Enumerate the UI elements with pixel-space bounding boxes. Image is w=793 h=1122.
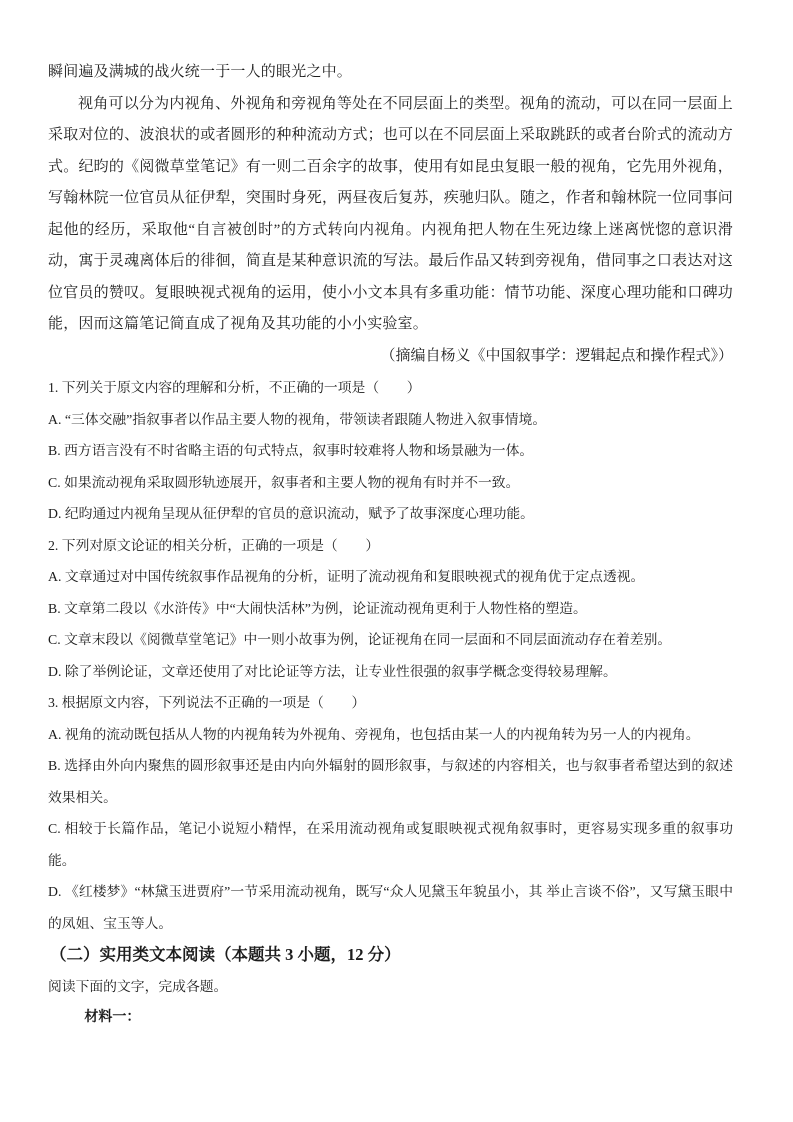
question-2: 2. 下列对原文论证的相关分析，正确的一项是（ ） A. 文章通过对中国传统叙事…: [48, 530, 733, 688]
question-2-option-c: C. 文章末段以《阅微草堂笔记》中一则小故事为例，论证视角在同一层面和不同层面流…: [48, 624, 733, 656]
passage-fragment-line: 瞬间遍及满城的战火统一于一人的眼光之中。: [48, 57, 733, 89]
question-3-option-b: B. 选择由外向内聚焦的圆形叙事还是由内向外辐射的圆形叙事，与叙述的内容相关，也…: [48, 750, 733, 813]
question-3: 3. 根据原文内容，下列说法不正确的一项是（ ） A. 视角的流动既包括从人物的…: [48, 687, 733, 939]
question-3-option-d: D. 《红楼梦》“林黛玉进贾府”一节采用流动视角，既写“众人见黛玉年貌虽小，其 …: [48, 876, 733, 939]
section-heading-practical-text-reading: （二）实用类文本阅读（本题共 3 小题，12 分）: [48, 939, 733, 971]
question-3-option-c: C. 相较于长篇作品，笔记小说短小精悍，在采用流动视角或复眼映视式视角叙事时，更…: [48, 813, 733, 876]
question-3-stem: 3. 根据原文内容，下列说法不正确的一项是（ ）: [48, 687, 733, 719]
exam-document-page: 瞬间遍及满城的战火统一于一人的眼光之中。 视角可以分为内视角、外视角和旁视角等处…: [0, 0, 793, 1122]
question-1-option-d: D. 纪昀通过内视角呈现从征伊犁的官员的意识流动，赋予了故事深度心理功能。: [48, 498, 733, 530]
question-3-option-a: A. 视角的流动既包括从人物的内视角转为外视角、旁视角，也包括由某一人的内视角转…: [48, 719, 733, 751]
material-one-label: 材料一：: [48, 1002, 733, 1034]
question-2-stem: 2. 下列对原文论证的相关分析，正确的一项是（ ）: [48, 530, 733, 562]
question-1: 1. 下列关于原文内容的理解和分析，不正确的一项是（ ） A. “三体交融”指叙…: [48, 372, 733, 530]
question-1-option-c: C. 如果流动视角采取圆形轨迹展开，叙事者和主要人物的视角有时并不一致。: [48, 467, 733, 499]
reading-instruction: 阅读下面的文字，完成各题。: [48, 971, 733, 1003]
question-2-option-b: B. 文章第二段以《水浒传》中“大闹快活林”为例，论证流动视角更利于人物性格的塑…: [48, 593, 733, 625]
question-1-option-a: A. “三体交融”指叙事者以作品主要人物的视角，带领读者跟随人物进入叙事情境。: [48, 404, 733, 436]
question-1-option-b: B. 西方语言没有不时省略主语的句式特点，叙事时较难将人物和场景融为一体。: [48, 435, 733, 467]
question-2-option-d: D. 除了举例论证，文章还使用了对比论证等方法，让专业性很强的叙事学概念变得较易…: [48, 656, 733, 688]
question-2-option-a: A. 文章通过对中国传统叙事作品视角的分析，证明了流动视角和复眼映视式的视角优于…: [48, 561, 733, 593]
passage-paragraph: 视角可以分为内视角、外视角和旁视角等处在不同层面上的类型。视角的流动，可以在同一…: [48, 89, 733, 341]
passage-attribution: （摘编自杨义《中国叙事学：逻辑起点和操作程式》）: [48, 341, 733, 373]
question-1-stem: 1. 下列关于原文内容的理解和分析，不正确的一项是（ ）: [48, 372, 733, 404]
